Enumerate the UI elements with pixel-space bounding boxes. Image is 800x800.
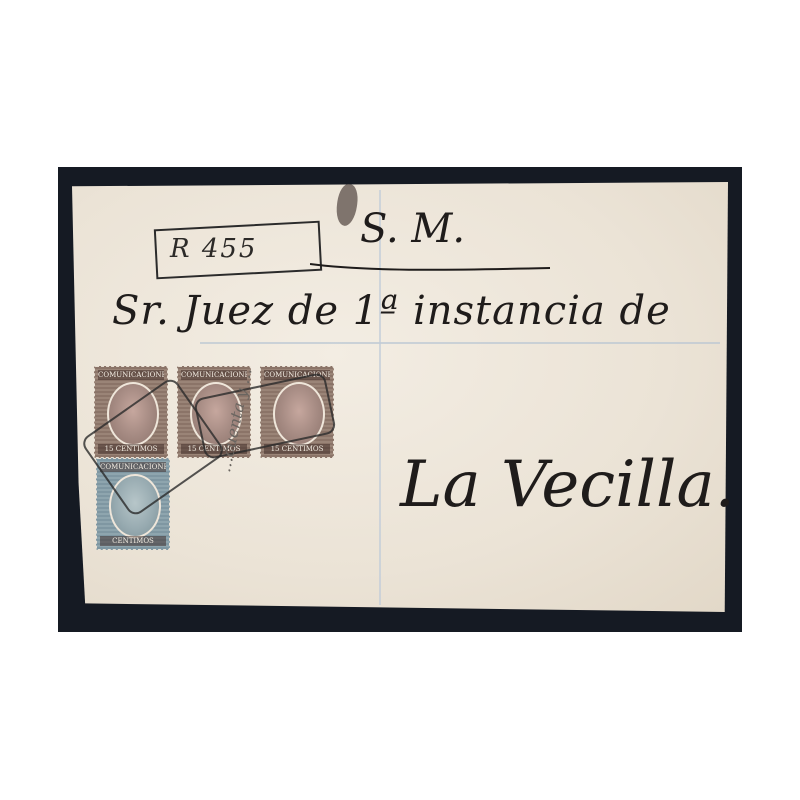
flourish-underline <box>310 258 560 278</box>
addressee-handwriting: Sr. Juez de 1ª instancia de <box>112 288 671 334</box>
registration-line-vertical <box>379 190 381 605</box>
town-handwriting: La Vecilla. <box>400 448 735 522</box>
registration-number: R 455 <box>170 234 257 264</box>
registration-line-horizontal <box>200 342 720 344</box>
stamp-header: COMUNICACIONES <box>98 370 164 380</box>
stamp-value: CENTIMOS <box>100 536 166 546</box>
salutation-handwriting: S. M. <box>360 206 465 252</box>
